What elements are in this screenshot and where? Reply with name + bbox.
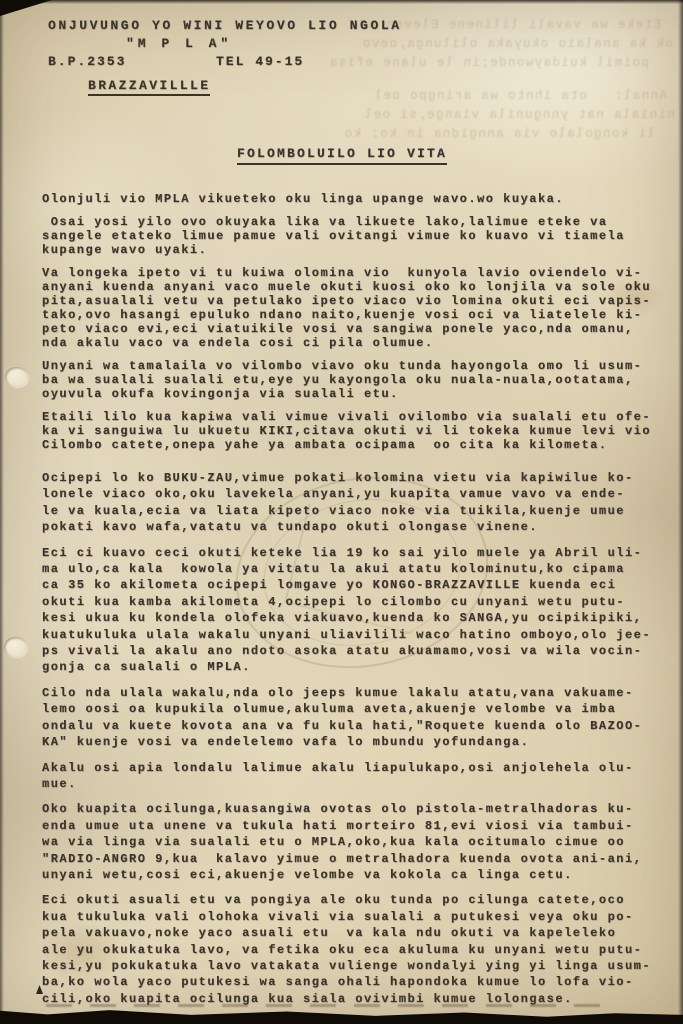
typed-line: Va longeka ipeto vi tu kuiwa olomina vio… [42,266,670,280]
contact-row: B.P.2353 TEL 49-15 [48,54,402,69]
typed-line: Eci ci kuavo ceci okuti keteke lia 19 ko… [42,545,670,561]
typed-line: anyani kuenda anyani vaco muele okuti ku… [42,280,670,294]
typed-line: Cilombo catete,onepa yahe ya ambata ocip… [42,438,670,452]
typed-line: kuatukuluka ulala wakalu unyani uliavili… [42,627,670,643]
paragraph: Eci okuti asuali etu va pongiya ale oku … [42,892,670,1007]
typed-line: nda akalu vaco va endela cosi ci pila ol… [42,336,670,350]
typed-line: wa via linga via sualali etu o MPLA,oko,… [42,834,670,850]
document-body: Olonjuli vio MPLA vikueteko oku linga up… [42,192,670,1016]
telephone: TEL 49-15 [216,54,304,69]
bleed-through-line: niniala nat ynngunila viange,si oel [330,106,675,125]
typed-line: oyuvula okufa kovingonja via sualali etu… [42,387,670,401]
typed-line: tako,ovo hasangi epuluko ndano naito,kue… [42,308,670,322]
typed-line: Eci okuti asuali etu va pongiya ale oku … [42,892,670,908]
typed-line: kupange wavo uyaki. [42,243,670,257]
typed-line: Etaili lilo kua kapiwa vali vimue vivali… [42,410,670,424]
typed-line: gonja ca sualali o MPLA. [42,659,670,675]
typed-line: kesi ukua ku kondela olofeka viakuavo,ku… [42,610,670,626]
typed-line: Olonjuli vio MPLA vikueteko oku linga up… [42,192,670,206]
typed-line: kua tukuluka vali olohoka vivali via sua… [42,909,670,925]
paper-edge-left [0,0,4,1024]
typed-line: ps vivali la akalu ano ndoto asoka atatu… [42,643,670,659]
typed-line: unyani wetu,cosi eci,akuenje velombe va … [42,867,670,883]
typed-line: pokati kavo wafa,vatatu va tundapo okuti… [42,519,670,535]
typed-line: Akalu osi apia londalu lalimue akalu lia… [42,760,670,776]
punch-hole-top [5,367,28,387]
typed-line: ba,ko wola yaco putukesi wa sanga ohali … [42,974,670,990]
typed-line: KA" kuenje vosi va endelelemo vafa lo mb… [42,734,670,750]
bleed-through-line: li kongolalo via anngidna in ko; ko [330,125,675,144]
bleed-through-dashes [46,1004,606,1007]
paragraph: Unyani wa tamalaila vo vilombo viavo oku… [42,359,670,401]
paragraph: Oko kuapita ocilunga,kuasangiwa ovotas o… [42,801,670,883]
punch-hole-bottom [4,637,27,657]
typed-line: pela vakuavo,noke yaco asuali etu va kal… [42,925,670,941]
typed-line: peto viaco evi,eci viatuikile vosi va sa… [42,322,670,336]
typed-line: ca 35 ko akilometa ocipepi lomgave yo KO… [42,577,670,593]
paragraph: Etaili lilo kua kapiwa vali vimue vivali… [42,410,670,452]
paragraph: Ocipepi lo ko BUKU-ZAU,vimue pokati kolo… [42,470,670,536]
typed-line: sangele etateko limue pamue vali ovitang… [42,229,670,243]
city-name: BRAZZAVILLLE [88,78,210,96]
paragraph: Olonjuli vio MPLA vikueteko oku linga up… [42,192,670,206]
letterhead: ONJUVUNGO YO WINI WEYOVO LIO NGOLA "M P … [48,18,402,96]
typed-line: Ocipepi lo ko BUKU-ZAU,vimue pokati kolo… [42,470,670,486]
typed-line: Oko kuapita ocilunga,kuasangiwa ovotas o… [42,801,670,817]
typed-line: lemo oosi oa kupukila olumue,akuluma ave… [42,701,670,717]
typed-line: ale yu okukatuka lavo, va fetika oku eca… [42,942,670,958]
typed-line: ka vi sanguiwa lu ukuetu KIKI,citava oku… [42,424,670,438]
typed-line: "RADIO-ANGRO 9,kua kalavo yimue o metral… [42,851,670,867]
paragraph: Akalu osi apia londalu lalimue akalu lia… [42,760,670,793]
typed-line: ma ulo,ca kala kowola ya vitatu la akui … [42,561,670,577]
typed-line: kesi,yu pokukatuka lavo vatakata vulieng… [42,958,670,974]
typed-line: ba wa sualali sualali etu,eye yu kayongo… [42,373,670,387]
typed-line: okuti kua kamba akilometa 4,ocipepi lo c… [42,594,670,610]
paper-edge-top [0,0,683,4]
paragraph: Cilo nda ulala wakalu,nda olo jeeps kumu… [42,685,670,751]
typed-line: enda umue uta unene va tukula hati morte… [42,818,670,834]
typed-line: lonele viaco oko,oku lavekela anyani,yu … [42,486,670,502]
typed-line: mue. [42,776,670,792]
scanned-paper-sheet: Eteke wa vavali lilinene Eleven ndook ka… [0,0,683,1024]
typed-line: Osai yosi yilo ovo okuyaka lika va likue… [42,215,670,229]
organization-acronym: "M P L A" [126,36,402,51]
document-title: FOLOMBOLUILO LIO VITA [237,146,447,165]
paragraph: Eci ci kuavo ceci okuti keteke lia 19 ko… [42,545,670,676]
organization-name: ONJUVUNGO YO WINI WEYOVO LIO NGOLA [48,18,402,33]
typed-line: pita,asualali vetu va petulako ipeto via… [42,294,670,308]
typed-line: le va kuala,ecia va liata kipeto viaco n… [42,503,670,519]
typed-line: Cilo nda ulala wakalu,nda olo jeeps kumu… [42,685,670,701]
typed-line: Unyani wa tamalaila vo vilombo viavo oku… [42,359,670,373]
po-box: B.P.2353 [48,54,216,69]
typed-line: ondalu va kuete kovota ana va fu kula ha… [42,718,670,734]
paragraph: Osai yosi yilo ovo okuyaka lika va likue… [42,215,670,257]
paper-edge-right [678,0,683,1024]
paragraph: Va longeka ipeto vi tu kuiwa olomina vio… [42,266,670,350]
